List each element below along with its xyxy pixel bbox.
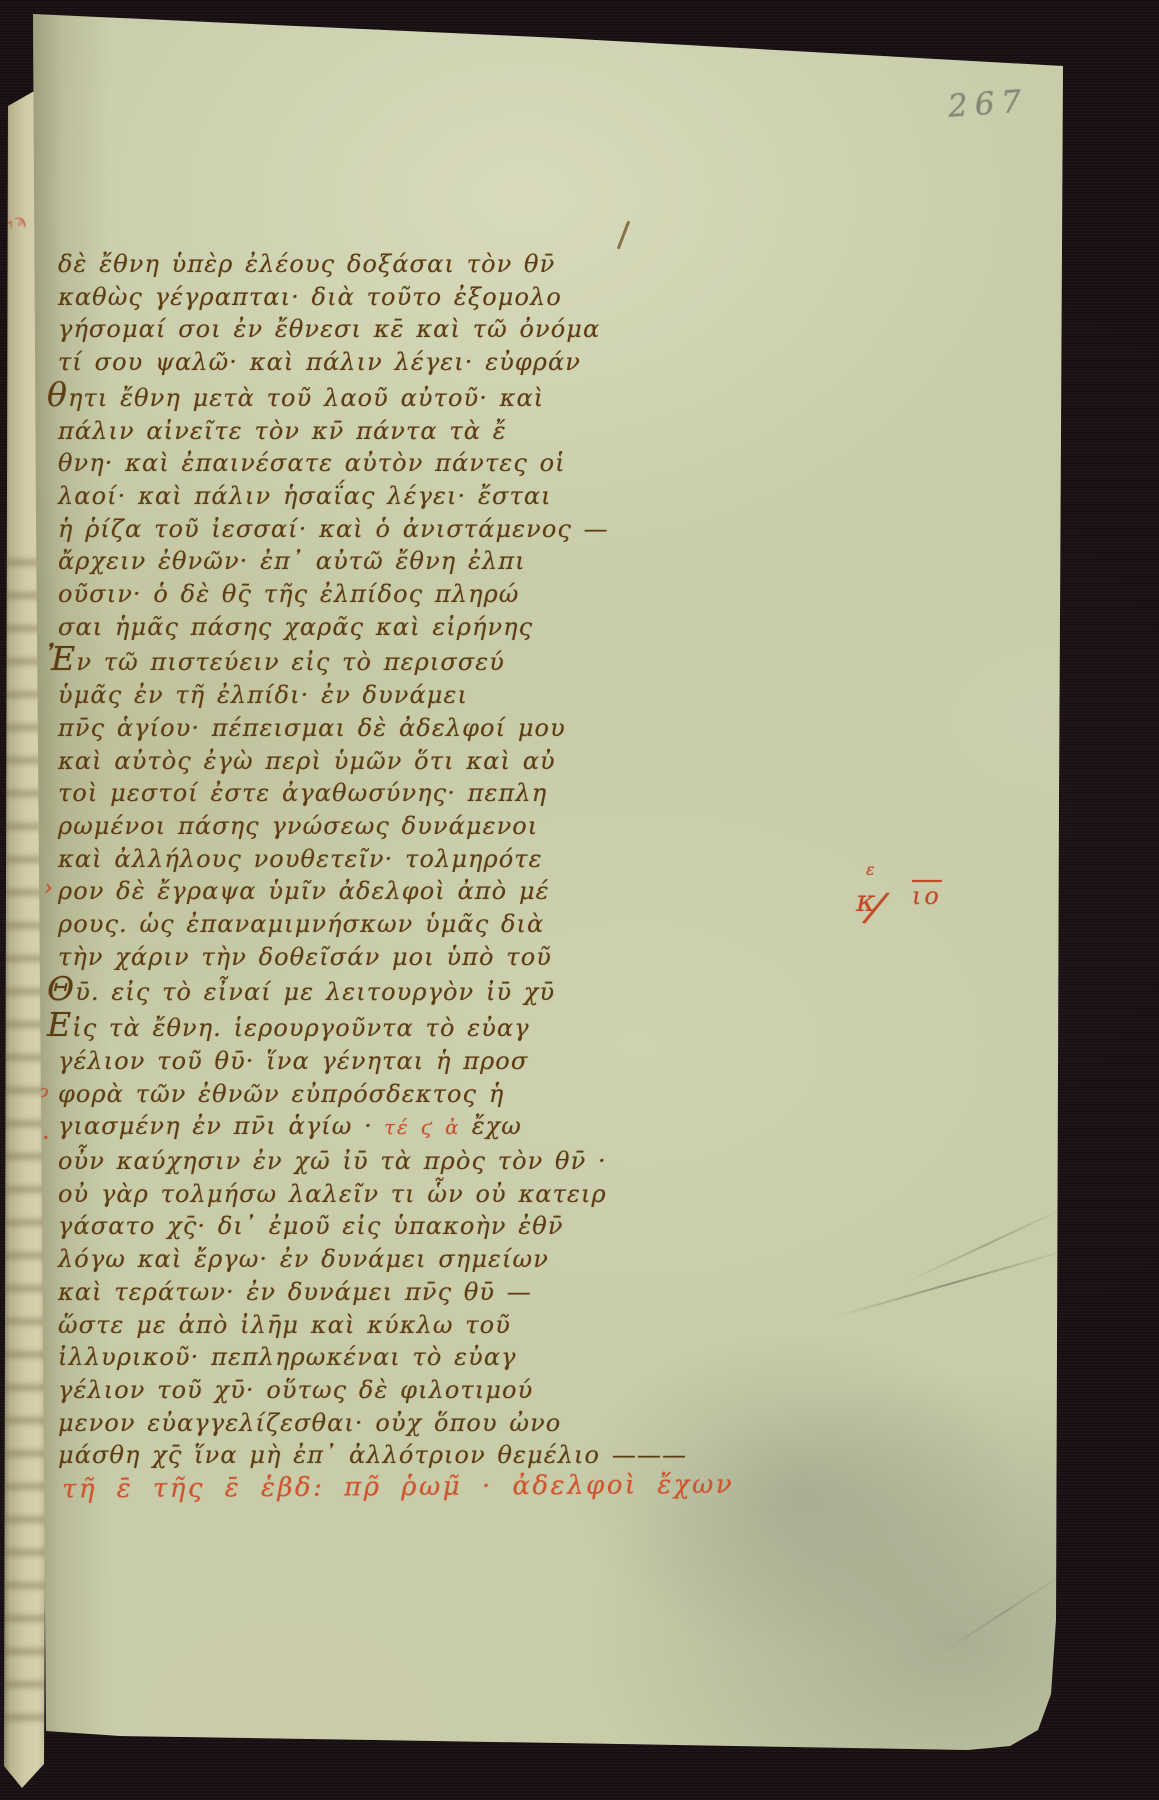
manuscript-line: τὴν χάριν τὴν δοθεῖσάν μοι ὑπὸ τοῦ — [58, 941, 698, 974]
manuscript-line-segment: ἔχω — [472, 1112, 522, 1140]
manuscript-line: θνη· καὶ ἐπαινέσατε αὐτὸν πάντες οἱ — [58, 447, 698, 480]
manuscript-line: οὐ γὰρ τολμήσω λαλεῖν τι ὧν οὐ κατειρ — [58, 1178, 698, 1211]
lection-sigla: τέ ϛ ἀ — [373, 1116, 472, 1139]
pen-stroke — [617, 220, 631, 249]
parchment-crease — [940, 1571, 1067, 1654]
manuscript-line: γέλιον τοῦ χῡ· οὕτως δὲ φιλοτιμού — [58, 1374, 698, 1407]
manuscript-line: γέλιον τοῦ θῡ· ἵνα γένηται ἡ προσ — [58, 1045, 698, 1078]
parchment-page: 267 δὲ ἔθνη ὑπὲρ ἐλέους δοξάσαι τὸν θν̄κ… — [0, 0, 1159, 1800]
manuscript-line: ὑμᾶς ἐν τῆ ἐλπίδι· ἐν δυνάμει — [58, 679, 698, 712]
manuscript-line: ὥστε με ἀπὸ ἰλη̄μ καὶ κύκλω τοῦ — [58, 1309, 698, 1342]
manuscript-line: Εἰς τὰ ἔθνη. ἱερουργοῦντα τὸ εὐαγ — [58, 1009, 698, 1045]
manuscript-line: ρους. ὡς ἐπαναμιμνήσκων ὑμᾶς διὰ — [58, 908, 698, 941]
manuscript-line: μενον εὐαγγελίζεσθαι· οὐχ ὅπου ὠνο — [58, 1407, 698, 1440]
manuscript-line: οὖν καύχησιν ἐν χω̄ ἰῡ τὰ πρὸς τὸν θν̄ · — [58, 1145, 698, 1178]
manuscript-line: λαοί· καὶ πάλιν ἡσαΐας λέγει· ἔσται — [58, 480, 698, 513]
margin-lection-mark: › — [44, 876, 53, 901]
manuscript-line: ἰλλυρικοῦ· πεπληρωκέναι τὸ εὐαγ — [58, 1341, 698, 1374]
manuscript-line: τί σου ψαλῶ· καὶ πάλιν λέγει· εὐφράν — [58, 346, 698, 379]
manuscript-line: ρωμένοι πάσης γνώσεως δυνάμενοι — [58, 810, 698, 843]
manuscript-line: λόγω καὶ ἔργω· ἐν δυνάμει σημείων — [58, 1243, 698, 1276]
manuscript-line: πν̄ς ἁγίου· πέπεισμαι δὲ ἀδελφοί μου — [58, 712, 698, 745]
manuscript-line: καὶ τεράτων· ἐν δυνάμει πν̄ς θῡ — — [58, 1276, 698, 1309]
manuscript-line: φορὰ τῶν ἐθνῶν εὐπρόσδεκτος ἡ — [58, 1078, 698, 1111]
manuscript-line: θητι ἔθνη μετὰ τοῦ λαοῦ αὐτοῦ· καὶ — [58, 379, 698, 415]
manuscript-line: καθὼς γέγραπται· διὰ τοῦτο ἐξομολο — [58, 281, 698, 314]
manuscript-line: γάσατο χς̄· δι᾽ ἐμοῦ εἰς ὑπακοὴν ἐθν̄ — [58, 1210, 698, 1243]
chapter-number: ιο — [912, 882, 942, 910]
folio-number: 267 — [947, 83, 1029, 125]
manuscript-line: Θῡ. εἰς τὸ εἶναί με λειτουργὸν ἰῡ χῡ — [58, 973, 698, 1009]
manuscript-line: τοὶ μεστοί ἐστε ἀγαθωσύνης· πεπλη — [58, 777, 698, 810]
manuscript-line-segment: γιασμένη ἐν πν̄ι ἁγίω · — [58, 1112, 373, 1140]
manuscript-line: μάσθη χς̄ ἵνα μὴ ἐπ᾽ ἀλλότριον θεμέλιο —… — [58, 1439, 698, 1472]
manuscript-line: δὲ ἔθνη ὑπὲρ ἐλέους δοξάσαι τὸν θν̄ — [58, 248, 698, 281]
margin-lection-mark: · — [42, 1124, 50, 1152]
lectionary-rubric: τῆ ε̄ τῆς ε̄ ἑβδ: πρ̃ ῥωμ̃ · ἀδελφοὶ ἔχω… — [62, 1470, 762, 1505]
manuscript-line: ρον δὲ ἔγραψα ὑμῖν ἀδελφοὶ ἀπὸ μέ — [58, 875, 698, 908]
manuscript-line: Ἐν τῶ πιστεύειν εἰς τὸ περισσεύ — [58, 643, 698, 679]
manuscript-line: γιασμένη ἐν πν̄ι ἁγίω · τέ ϛ ἀ ἔχω — [58, 1110, 698, 1145]
chapter-sign-sup: ε — [866, 860, 875, 879]
chapter-margin-note: κ ε ⁄ ιο — [850, 858, 970, 968]
edge-red-scribble: ϟϡ — [1, 209, 29, 234]
manuscript-line: σαι ἡμᾶς πάσης χαρᾶς καὶ εἰρήνης — [58, 611, 698, 644]
photo-backdrop: { "palette": { "backdrop": "#180f12", "p… — [0, 0, 1159, 1800]
text-block: δὲ ἔθνη ὑπὲρ ἐλέους δοξάσαι τὸν θν̄καθὼς… — [58, 248, 698, 1472]
manuscript-line: καὶ ἀλλήλους νουθετεῖν· τολμηρότε — [58, 843, 698, 876]
manuscript-line: γήσομαί σοι ἐν ἔθνεσι κε̄ καὶ τῶ ὀνόμα — [58, 313, 698, 346]
manuscript-line: ἡ ῥίζα τοῦ ἰεσσαί· καὶ ὁ ἀνιστάμενος — — [58, 513, 698, 546]
manuscript-line: πάλιν αἰνεῖτε τὸν κν̄ πάντα τὰ ἔ — [58, 415, 698, 448]
manuscript-line: καὶ αὐτὸς ἐγὼ περὶ ὑμῶν ὅτι καὶ αὐ — [58, 745, 698, 778]
manuscript-line: ἄρχειν ἐθνῶν· ἐπ᾽ αὐτῶ ἔθνη ἐλπι — [58, 545, 698, 578]
manuscript-line: οῦσιν· ὁ δὲ θς̄ τῆς ἐλπίδος πληρώ — [58, 578, 698, 611]
